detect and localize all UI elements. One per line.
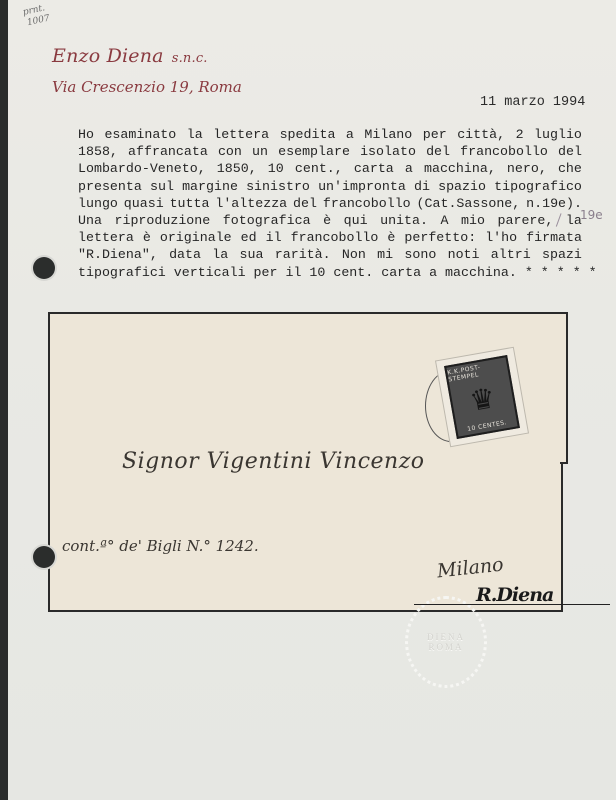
body-word: nero,	[507, 160, 547, 177]
body-word: margine	[182, 178, 238, 195]
expert-signature: R.Diena	[476, 584, 553, 606]
body-word: francobollo	[323, 195, 411, 212]
body-word: la	[212, 246, 228, 263]
body-line: Lombardo-Veneto,1850,10cent.,cartaamacch…	[78, 160, 582, 177]
body-word: lungo	[78, 195, 118, 212]
stamp-denomination: 10 CENTES.	[466, 417, 507, 435]
letter-annotation: cont.ª° de' Bigli N.° 1242.	[62, 537, 259, 555]
embossed-seal: DIENA ROMA	[405, 596, 487, 688]
body-word: riproduzione	[114, 212, 210, 229]
body-word: con	[218, 143, 242, 160]
body-line: letteraèoriginaleedilfrancobolloèperfett…	[78, 229, 582, 246]
body-word: del	[293, 195, 317, 212]
certificate-body: HoesaminatolaletteraspeditaaMilanopercit…	[78, 126, 582, 281]
letter-cover-edge	[560, 312, 568, 464]
body-word: ed	[241, 229, 257, 246]
seal-line-2: ROMA	[428, 642, 463, 652]
body-word: altri	[491, 246, 531, 263]
body-word: del	[558, 143, 582, 160]
postage-stamp: K.K.POST-STEMPEL ♛ 10 CENTES.	[435, 347, 529, 448]
body-word: rarità.	[275, 246, 331, 263]
body-word: un'impronta	[318, 178, 406, 195]
body-word: che	[558, 160, 582, 177]
body-word: unita.	[380, 212, 428, 229]
body-word: qui	[344, 212, 368, 229]
body-word: sono	[404, 246, 436, 263]
pencil-catalog-note: 19e	[580, 208, 603, 222]
punch-hole-lower	[33, 546, 55, 568]
body-word: spedita	[280, 126, 336, 143]
body-word: originale	[160, 229, 232, 246]
body-word: 10	[268, 160, 284, 177]
body-word: quasi	[124, 195, 164, 212]
body-line: presentasulmarginesinistroun'improntadis…	[78, 178, 582, 195]
body-word: l'ho	[485, 229, 517, 246]
body-word: tipografico	[494, 178, 582, 195]
body-word: città,	[457, 126, 505, 143]
body-line: Unariproduzionefotograficaèquiunita.Amio…	[78, 212, 582, 229]
body-word: esaminato	[104, 126, 176, 143]
body-word: tipografici verticali per il 10 cent. ca…	[78, 264, 597, 281]
certificate-date: 11 marzo 1994	[480, 95, 585, 110]
body-word: firmata	[526, 229, 582, 246]
body-line: tipografici verticali per il 10 cent. ca…	[78, 264, 582, 281]
seal-line-1: DIENA	[427, 632, 465, 642]
body-line: HoesaminatolaletteraspeditaaMilanopercit…	[78, 126, 582, 143]
body-word: Lombardo-Veneto,	[78, 160, 206, 177]
body-word: di	[414, 178, 430, 195]
body-word: a	[346, 126, 354, 143]
body-word: (Cat.Sassone,	[417, 195, 521, 212]
body-word: noti	[448, 246, 480, 263]
letterhead-address: Via Crescenzio 19, Roma	[52, 78, 242, 96]
body-word: Ho	[78, 126, 94, 143]
body-word: n.19e).	[526, 195, 582, 212]
body-word: è	[323, 212, 331, 229]
body-word: è	[387, 229, 395, 246]
body-word: 2	[516, 126, 524, 143]
body-word: sul	[150, 178, 174, 195]
body-line: 1858,affrancataconunesemplareisolatodelf…	[78, 143, 582, 160]
body-word: A	[441, 212, 449, 229]
body-word: l'altezza	[215, 195, 287, 212]
double-eagle-icon: ♛	[468, 384, 498, 416]
body-word: perfetto:	[404, 229, 476, 246]
body-word: 1850,	[217, 160, 257, 177]
body-word: la	[187, 126, 203, 143]
body-word: lettera	[213, 126, 269, 143]
body-word: lettera	[78, 229, 134, 246]
body-word: parere,	[498, 212, 554, 229]
body-word: fotografica	[223, 212, 311, 229]
body-line: "R.Diena",datalasuararità.Nonmisononotia…	[78, 246, 582, 263]
stamp-top-text: K.K.POST-STEMPEL	[446, 357, 508, 385]
body-word: isolato	[360, 143, 416, 160]
letter-recipient-address: Signor Vigentini Vincenzo	[122, 449, 425, 474]
body-word: carta	[354, 160, 394, 177]
body-word: sinistro	[246, 178, 310, 195]
body-word: francobollo	[291, 229, 379, 246]
body-word: il	[266, 229, 282, 246]
body-word: è	[143, 229, 151, 246]
body-word: francobollo	[460, 143, 548, 160]
body-word: un	[252, 143, 268, 160]
body-word: Una	[78, 212, 102, 229]
body-word: mi	[377, 246, 393, 263]
body-word: per	[423, 126, 447, 143]
body-word: cent.,	[295, 160, 343, 177]
body-word: a	[405, 160, 413, 177]
letterhead-company: Enzo Dienas.n.c.	[52, 45, 208, 67]
company-suffix: s.n.c.	[172, 51, 208, 66]
body-word: luglio	[534, 126, 582, 143]
body-word: "R.Diena",	[78, 246, 158, 263]
body-word: tutta	[170, 195, 210, 212]
body-line: lungoquasituttal'altezzadelfrancobollo(C…	[78, 195, 582, 212]
pencil-reference-note: prnt. 1007	[22, 3, 51, 30]
company-name: Enzo Diena	[52, 45, 164, 67]
body-word: esemplare	[278, 143, 350, 160]
body-word: sua	[240, 246, 264, 263]
body-word: data	[169, 246, 201, 263]
body-word: macchina,	[424, 160, 496, 177]
punch-hole-upper	[33, 257, 55, 279]
body-word: mio	[461, 212, 485, 229]
body-word: Non	[342, 246, 366, 263]
body-word: Milano	[364, 126, 412, 143]
body-word: spazi	[542, 246, 582, 263]
body-word: affrancata	[128, 143, 208, 160]
body-word: del	[426, 143, 450, 160]
body-word: spazio	[438, 178, 486, 195]
body-word: presenta	[78, 178, 142, 195]
body-word: 1858,	[78, 143, 118, 160]
